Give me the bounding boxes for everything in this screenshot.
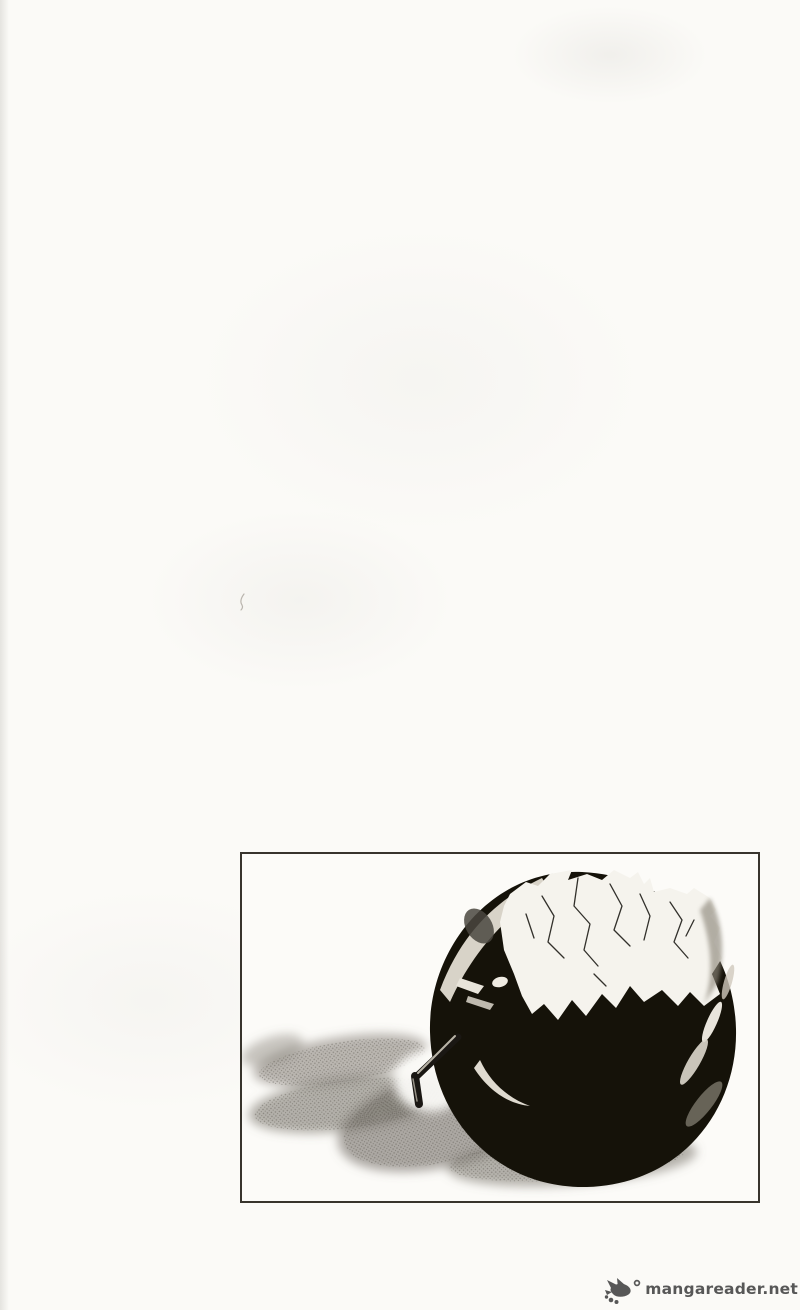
mascot-icon [604,1277,642,1305]
bitten-apple-illustration [242,854,758,1201]
stray-scan-mark [238,593,248,611]
manga-page: mangareader.net [0,0,800,1310]
apple-panel [240,852,760,1203]
site-watermark: mangareader.net [604,1277,798,1305]
watermark-site-name: mangareader.net [645,1282,798,1300]
